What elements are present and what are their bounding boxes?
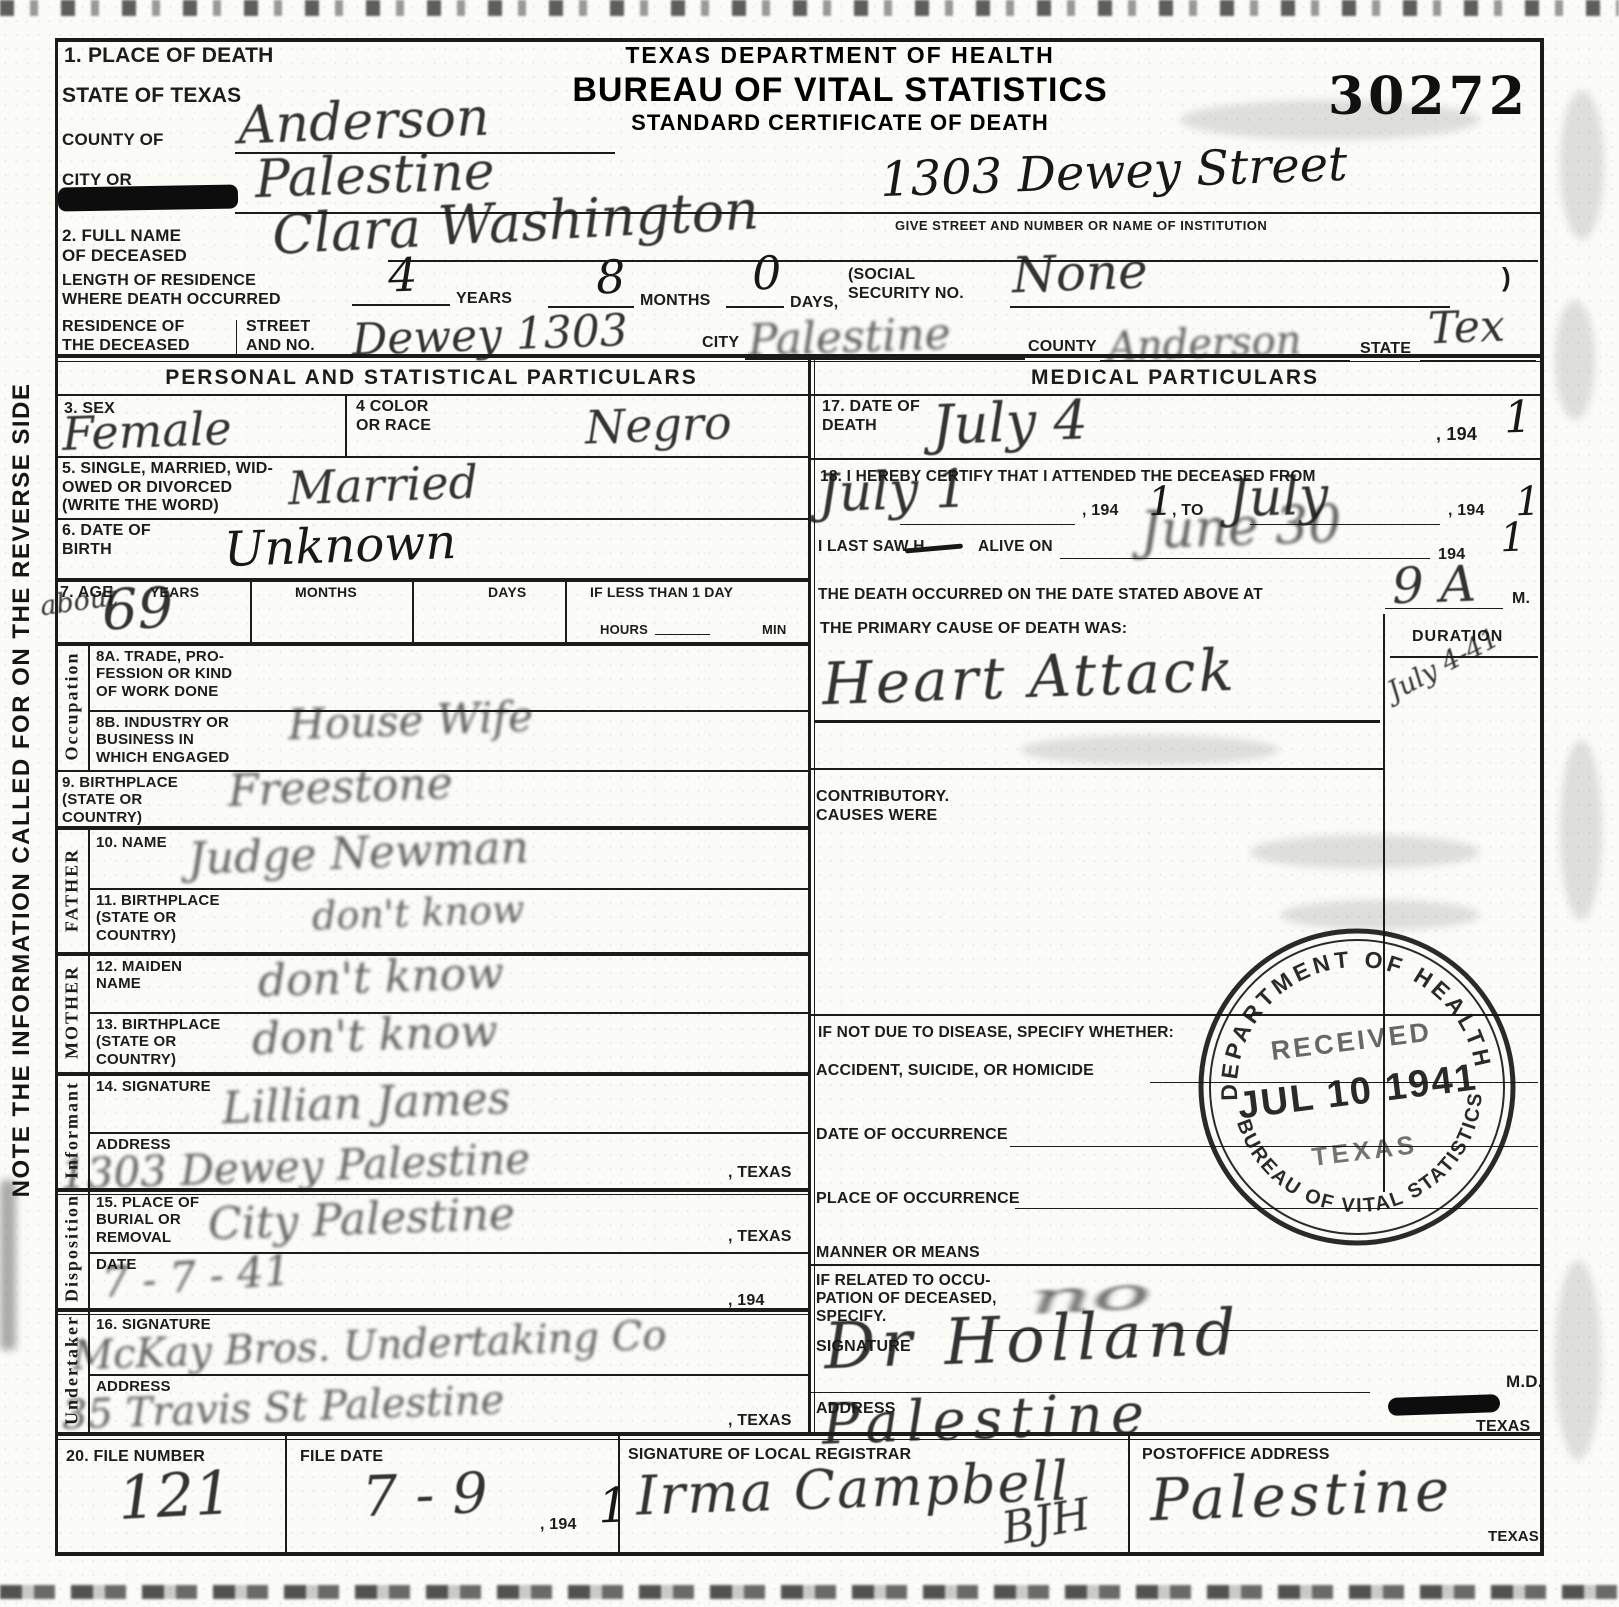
postoffice-handwriting: Palestine	[1149, 1461, 1454, 1530]
divider	[900, 524, 1075, 525]
last-saw-handwriting: June 30	[1139, 499, 1342, 558]
residence-months-handwriting: 8	[595, 254, 626, 301]
death-occurred-label: THE DEATH OCCURRED ON THE DATE STATED AB…	[818, 586, 1263, 604]
primary-cause-label: THE PRIMARY CAUSE OF DEATH WAS:	[820, 620, 1127, 639]
divider	[815, 720, 1380, 723]
divider	[236, 320, 237, 358]
birth-date-handwriting: Unknown	[223, 518, 457, 574]
physician-address-handwriting: Palestine	[821, 1386, 1153, 1453]
bureau-title: BUREAU OF VITAL STATISTICS	[520, 71, 1160, 110]
file-number-handwriting: 121	[117, 1463, 235, 1529]
divider	[88, 1190, 90, 1308]
mother-side-label: MOTHER	[62, 965, 83, 1059]
age-value-handwriting: 69	[101, 581, 174, 639]
age-hours-label: HOURS	[600, 622, 648, 637]
divider	[412, 580, 414, 642]
burial-date-handwriting: 7 - 7 - 41	[101, 1249, 292, 1304]
age-months-label: MONTHS	[295, 584, 357, 600]
scan-noise-top	[0, 0, 1619, 16]
m-label: M.	[1512, 590, 1530, 609]
race-label: 4 COLOR OR RACE	[356, 398, 431, 435]
marital-handwriting: Married	[287, 459, 478, 512]
divider	[726, 306, 784, 308]
reverse-side-note: NOTE THE INFORMATION CALLED FOR ON THE R…	[8, 383, 36, 1198]
bleed-through-smudge	[1020, 735, 1280, 765]
divider	[745, 358, 1025, 360]
months-label: MONTHS	[640, 292, 711, 311]
mother-birthplace-handwriting: don't know	[251, 1010, 498, 1063]
state2-handwriting: Tex	[1427, 305, 1505, 352]
divider	[388, 260, 1538, 262]
ssn-label: (SOCIAL SECURITY NO.	[848, 266, 964, 303]
divider	[88, 828, 90, 952]
accident-label: ACCIDENT, SUICIDE, OR HOMICIDE	[816, 1062, 1094, 1081]
death-certificate-scan: NOTE THE INFORMATION CALLED FOR ON THE R…	[0, 0, 1619, 1607]
file-date-label: FILE DATE	[300, 1448, 383, 1467]
ssn-paren: )	[1502, 262, 1511, 292]
maiden-name-label: 12. MAIDEN NAME	[96, 958, 182, 993]
divider	[565, 580, 567, 642]
informant-signature-handwriting: Lillian James	[221, 1077, 511, 1131]
father-birthplace-handwriting: don't know	[311, 890, 525, 935]
ink-smudge	[1388, 1394, 1501, 1416]
birthplace-label: 9. BIRTHPLACE (STATE OR COUNTRY)	[62, 774, 178, 826]
divider	[808, 354, 811, 1432]
father-name-label: 10. NAME	[96, 834, 167, 851]
manner-label: MANNER OR MEANS	[816, 1244, 980, 1263]
divider	[1128, 1436, 1130, 1552]
standard-cert-title: STANDARD CERTIFICATE OF DEATH	[520, 110, 1160, 136]
certify-to-year: , 194	[1448, 502, 1485, 521]
bleed-through-smudge	[1560, 740, 1602, 920]
burial-handwriting: City Palestine	[207, 1193, 515, 1248]
street-and-no-label: STREET AND NO.	[246, 318, 315, 355]
divider	[1540, 38, 1544, 1556]
divider	[55, 1432, 1544, 1436]
md-label: M.D.	[1506, 1372, 1543, 1392]
race-handwriting: Negro	[584, 399, 732, 450]
father-name-handwriting: Judge Newman	[187, 826, 529, 882]
date-of-death-year: , 194	[1436, 424, 1477, 445]
maiden-name-handwriting: don't know	[257, 952, 504, 1005]
not-disease-label: IF NOT DUE TO DISEASE, SPECIFY WHETHER:	[818, 1024, 1174, 1042]
marital-label: 5. SINGLE, MARRIED, WID- OWED OR DIVORCE…	[62, 460, 273, 516]
sex-handwriting: Female	[61, 405, 232, 457]
burial-texas-suffix: , TEXAS	[728, 1228, 792, 1247]
divider	[88, 1132, 808, 1134]
county-label: COUNTY OF	[62, 130, 164, 150]
street-caption: GIVE STREET AND NUMBER OR NAME OF INSTIT…	[895, 218, 1267, 233]
file-date-year-digit: 1	[597, 1481, 629, 1530]
father-birthplace-label: 11. BIRTHPLACE (STATE OR COUNTRY)	[96, 892, 220, 944]
years-label: YEARS	[456, 290, 512, 309]
personal-section-title: PERSONAL AND STATISTICAL PARTICULARS	[55, 366, 808, 390]
divider	[814, 354, 815, 1432]
divider	[55, 1552, 1544, 1556]
age-lessday-label: IF LESS THAN 1 DAY	[590, 584, 733, 600]
dept-title: TEXAS DEPARTMENT OF HEALTH	[520, 42, 1160, 69]
bleed-through-smudge	[1555, 1260, 1601, 1460]
divider	[55, 1439, 1544, 1440]
residence-of-deceased-label: RESIDENCE OF THE DECEASED	[62, 318, 190, 355]
divider	[55, 38, 58, 1556]
informant-texas-suffix: , TEXAS	[728, 1164, 792, 1183]
divider	[810, 458, 1540, 460]
certify-from-handwriting: July 1	[817, 463, 969, 520]
medical-section-title: MEDICAL PARTICULARS	[810, 366, 1540, 390]
divider	[55, 361, 1544, 362]
divider	[1010, 306, 1450, 308]
divider	[810, 1264, 1540, 1266]
divider	[88, 642, 90, 770]
bleed-through-smudge	[1250, 835, 1480, 869]
bleed-through-smudge	[0, 1180, 16, 1350]
file-date-year: , 194	[540, 1516, 577, 1535]
file-date-handwriting: 7 - 9	[361, 1466, 489, 1526]
last-saw-label-a: I LAST SAW H	[818, 538, 925, 556]
bleed-through-smudge	[1555, 300, 1595, 420]
physician-signature-handwriting: Dr Holland	[823, 1301, 1243, 1380]
disposition-side-label: Disposition	[62, 1194, 83, 1302]
divider	[285, 1436, 287, 1552]
divider	[55, 1314, 808, 1315]
scan-noise-bottom	[0, 1585, 1619, 1599]
trade-label: 8A. TRADE, PRO- FESSION OR KIND OF WORK …	[96, 648, 232, 700]
residence-length-label: LENGTH OF RESIDENCE WHERE DEATH OCCURRED	[62, 272, 281, 309]
place-of-death-label: 1. PLACE OF DEATH	[64, 44, 274, 68]
divider	[55, 394, 1544, 396]
cause-handwriting: Heart Attack	[821, 641, 1237, 713]
divider	[88, 1374, 808, 1376]
occupation-side-label: Occupation	[62, 651, 83, 760]
state-of-texas-label: STATE OF TEXAS	[62, 84, 241, 108]
divider	[352, 304, 450, 306]
contributory-label: CONTRIBUTORY. CAUSES WERE	[816, 788, 949, 825]
industry-label: 8B. INDUSTRY OR BUSINESS IN WHICH ENGAGE…	[96, 714, 229, 766]
postoffice-texas-suffix: TEXAS	[1488, 1528, 1539, 1545]
registrar-initials-handwriting: BJH	[999, 1493, 1094, 1552]
stamp-texas-text: TEXAS	[1310, 1129, 1420, 1172]
last-saw-label-b: ALIVE ON	[978, 538, 1053, 556]
age-min-label: MIN	[762, 622, 786, 637]
received-stamp: DEPARTMENT OF HEALTH BUREAU OF VITAL STA…	[1173, 903, 1541, 1271]
undertaker-texas-suffix: , TEXAS	[728, 1412, 792, 1431]
residence-years-handwriting: 4	[387, 252, 418, 299]
place-occurrence-label: PLACE OF OCCURRENCE	[816, 1190, 1020, 1209]
bleed-through-smudge	[1560, 90, 1604, 240]
street-value-handwriting: 1303 Dewey Street	[879, 140, 1348, 204]
last-saw-year-digit: 1	[1499, 518, 1526, 559]
father-side-label: FATHER	[62, 848, 83, 932]
birthplace-handwriting: Freestone	[227, 762, 453, 814]
stamp-received-text: RECEIVED	[1269, 1017, 1433, 1067]
full-name-label: 2. FULL NAME OF DECEASED	[62, 226, 187, 265]
informant-signature-label: 14. SIGNATURE	[96, 1078, 211, 1095]
mother-birthplace-label: 13. BIRTHPLACE (STATE OR COUNTRY)	[96, 1016, 221, 1068]
divider	[1385, 608, 1503, 609]
birth-date-label: 6. DATE OF BIRTH	[62, 522, 151, 559]
divider	[55, 1308, 808, 1312]
date-occurrence-label: DATE OF OCCURRENCE	[816, 1126, 1008, 1145]
redaction-mark	[58, 184, 238, 211]
stamp-date-text: JUL 10 1941	[1235, 1056, 1479, 1127]
form-title-block: TEXAS DEPARTMENT OF HEALTH BUREAU OF VIT…	[520, 42, 1160, 136]
death-time-handwriting: 9 A	[1391, 559, 1477, 612]
date-of-death-label: 17. DATE OF DEATH	[822, 398, 920, 435]
divider	[810, 768, 1383, 770]
burial-label: 15. PLACE OF BURIAL OR REMOVAL	[96, 1194, 199, 1246]
date-of-death-year-digit: 1	[1503, 396, 1533, 441]
residence-days-handwriting: 0	[751, 250, 782, 297]
certify-from-year: , 194	[1082, 502, 1119, 521]
industry-handwriting: House Wife	[287, 696, 533, 747]
date-of-death-handwriting: July 4	[931, 393, 1089, 452]
certificate-number: 30272	[1328, 66, 1529, 127]
age-days-label: DAYS	[488, 584, 526, 600]
divider	[1060, 558, 1430, 559]
divider	[345, 396, 347, 456]
divider	[250, 580, 252, 642]
ssn-value-handwriting: None	[1011, 246, 1148, 301]
days-label: DAYS,	[790, 294, 838, 313]
divider	[55, 642, 808, 646]
city2-label: CITY	[702, 334, 739, 353]
divider	[55, 354, 1544, 358]
divider	[655, 634, 710, 635]
